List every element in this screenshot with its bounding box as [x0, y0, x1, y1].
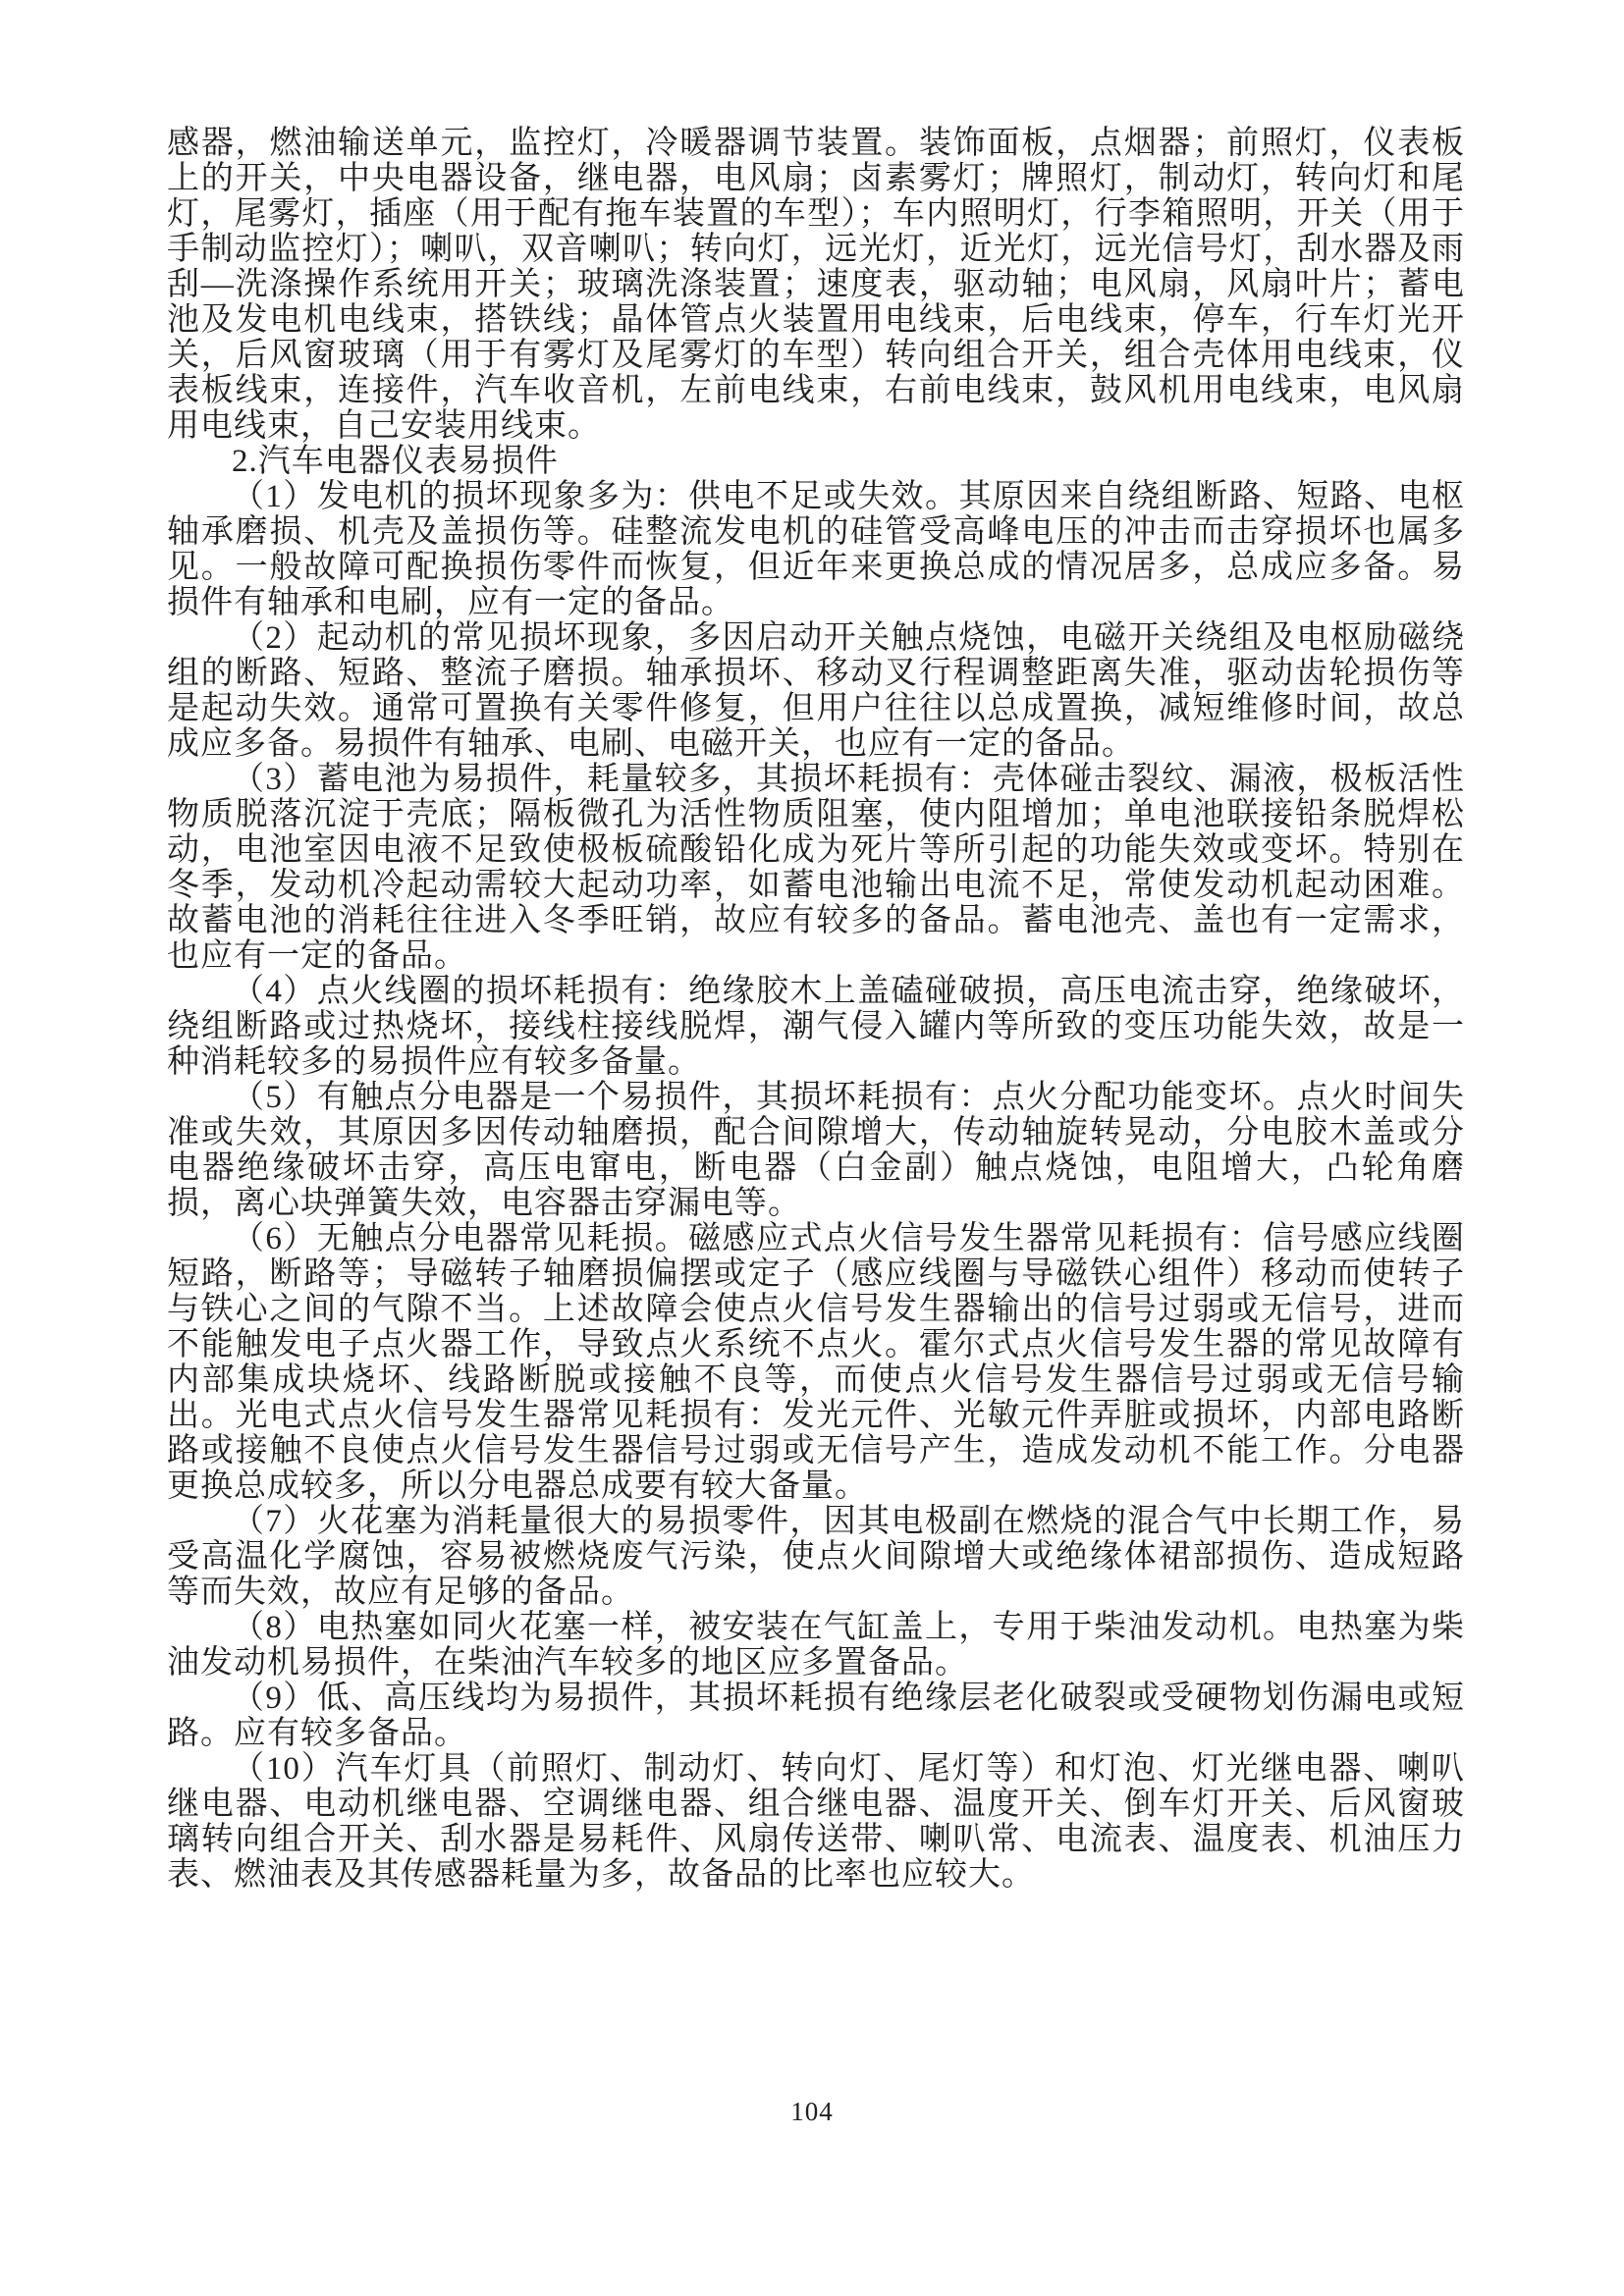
paragraph-item-4: （4）点火线圈的损坏耗损有：绝缘胶木上盖磕碰破损，高压电流击穿，绝缘破坏，绕组断…: [167, 974, 1465, 1080]
paragraph-item-3: （3）蓄电池为易损件，耗量较多，其损坏耗损有：壳体碰击裂纹、漏液，极板活性物质脱…: [167, 762, 1465, 974]
paragraph-item-7: （7）火花塞为消耗量很大的易损零件，因其电极副在燃烧的混合气中长期工作，易受高温…: [167, 1504, 1465, 1610]
paragraph-item-5: （5）有触点分电器是一个易损件，其损坏耗损有：点火分配功能变坏。点火时间失准或失…: [167, 1080, 1465, 1221]
paragraph-item-9: （9）低、高压线均为易损件，其损坏耗损有绝缘层老化破裂或受硬物划伤漏电或短路。应…: [167, 1681, 1465, 1751]
paragraph-item-2: （2）起动机的常见损坏现象，多因启动开关触点烧蚀，电磁开关绕组及电枢励磁绕组的断…: [167, 620, 1465, 762]
paragraph-item-6: （6）无触点分电器常见耗损。磁感应式点火信号发生器常见耗损有：信号感应线圈短路，…: [167, 1221, 1465, 1504]
text-block: 感器，燃油输送单元，监控灯，冷暖器调节装置。装饰面板，点烟器；前照灯，仪表板上的…: [167, 126, 1465, 1893]
section-heading: 2.汽车电器仪表易损件: [167, 444, 1465, 479]
paragraph-item-10: （10）汽车灯具（前照灯、制动灯、转向灯、尾灯等）和灯泡、灯光继电器、喇叭继电器…: [167, 1751, 1465, 1893]
paragraph-item-1: （1）发电机的损坏现象多为：供电不足或失效。其原因来自绕组断路、短路、电枢轴承磨…: [167, 479, 1465, 620]
page-number: 104: [0, 2097, 1624, 2127]
paragraph-body-continued: 感器，燃油输送单元，监控灯，冷暖器调节装置。装饰面板，点烟器；前照灯，仪表板上的…: [167, 126, 1465, 444]
paragraph-item-8: （8）电热塞如同火花塞一样，被安装在气缸盖上，专用于柴油发动机。电热塞为柴油发动…: [167, 1610, 1465, 1681]
document-page: 感器，燃油输送单元，监控灯，冷暖器调节装置。装饰面板，点烟器；前照灯，仪表板上的…: [0, 0, 1624, 2296]
